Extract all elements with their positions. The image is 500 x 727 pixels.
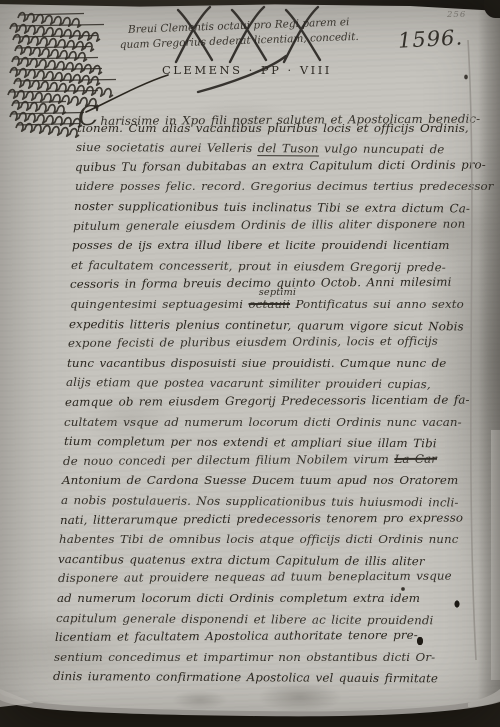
manuscript-line: licentiam et facultatem Apostolica autho… [55, 628, 418, 644]
manuscript-line: eamque ob rem eiusdem Gregorij Predecess… [65, 393, 470, 409]
manuscript-line: tium completum per nos extendi et amplia… [64, 434, 437, 450]
manuscript-line: quingentesimi septuagesimi septimioctaui… [70, 297, 464, 311]
manuscript-line: uidere posses felic. record. Gregorius d… [75, 179, 494, 193]
manuscript-line: capitulum generale disponendi et libere … [56, 611, 434, 627]
struck-word: octauii [248, 297, 290, 311]
manuscript-line: ad numerum locorum dicti Ordinis complet… [57, 591, 420, 605]
manuscript-line: alijs etiam que postea vacarunt similite… [66, 375, 431, 391]
manuscript-line: pitulum generale eiusdem Ordinis de illi… [73, 216, 465, 232]
body-text: Charissime in Xpo fili noster salutem et… [0, 0, 500, 727]
line-text: de nouo concedi per dilectum filium Nobi… [63, 452, 394, 468]
manuscript-line: noster supplicationibus tuis inclinatus … [74, 199, 470, 215]
correction: septimioctauii [248, 297, 290, 311]
manuscript-line: dinis iuramento confirmatione Apostolica… [53, 669, 438, 685]
manuscript-line: expone fecisti de pluribus eiusdem Ordin… [68, 334, 438, 350]
underlined-text: del Tuson [258, 141, 319, 156]
manuscript-line: sentium concedimus et impartimur non obs… [54, 650, 435, 664]
manuscript-line: quibus Tu forsan dubitabas an extra Capi… [75, 157, 486, 174]
manuscript-line: a nobis postulaueris. Nos supplicationib… [61, 493, 459, 509]
manuscript-scan: { "colors": { "paper": "#c6c4be", "ink":… [0, 0, 500, 727]
manuscript-line: vacantibus quatenus extra dictum Capitul… [58, 552, 425, 568]
manuscript-line: Antonium de Cardona Suesse Ducem tuum ap… [62, 473, 458, 487]
manuscript-line: nati, litterarumque predicti predecessor… [60, 510, 463, 526]
manuscript-line: tunc vacantibus disposuisti siue prouidi… [67, 356, 446, 370]
line-text: siue societatis aurei Velleris [76, 140, 258, 155]
page-bottom-edge [0, 687, 500, 727]
manuscript-line: de nouo concedi per dilectum filium Nobi… [63, 452, 437, 468]
manuscript-line: tionem. Cum alias vacantibus pluribus lo… [77, 121, 469, 135]
manuscript-line: expeditis litteris plenius continetur, q… [69, 317, 464, 333]
struck-word: La Car [394, 452, 437, 466]
line-text: Pontificatus sui anno sexto [290, 297, 464, 311]
manuscript-line: disponere aut prouidere nequeas ad tuum … [58, 569, 452, 585]
manuscript-line: siue societatis aurei Velleris del Tuson… [76, 140, 444, 156]
line-text: vulgo nuncupati de [319, 142, 445, 157]
manuscript-line: et facultatem concesserit, prout in eius… [71, 258, 446, 274]
manuscript-line: posses de ijs extra illud libere et lici… [72, 238, 450, 252]
underlying-pages-edge [491, 430, 500, 680]
inserted-word: septimi [258, 287, 295, 298]
line-text: quingentesimi septuagesimi [70, 297, 249, 311]
manuscript-line: cultatem vsque ad numerum locorum dicti … [64, 415, 462, 429]
manuscript-line: habentes Tibi de omnibus locis atque off… [59, 532, 459, 546]
correction: La Car [394, 452, 437, 466]
